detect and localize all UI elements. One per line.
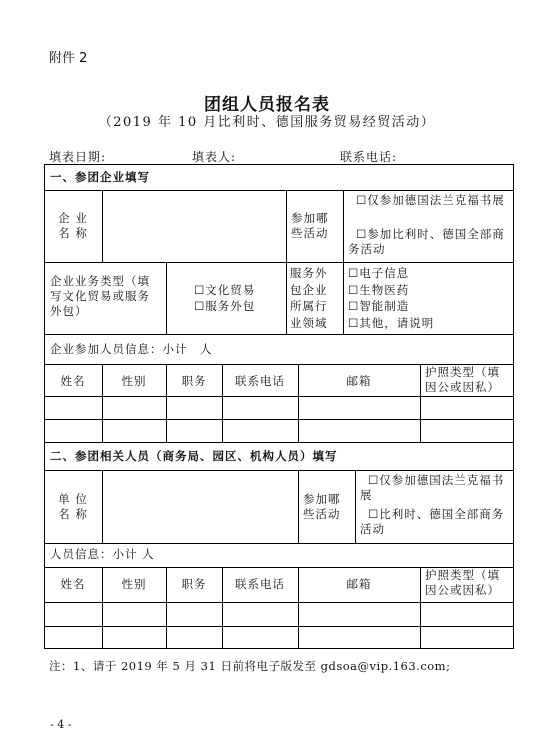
industry-electronics[interactable]: ☐电子信息 <box>348 265 409 282</box>
company-name-input[interactable] <box>104 192 284 260</box>
activity-label-2: 参加哪 些活动 <box>303 492 341 522</box>
col-divider <box>102 190 103 262</box>
business-type-culture[interactable]: ☐文化贸易 <box>194 283 255 298</box>
col-header-phone-2: 联系电话 <box>222 577 298 592</box>
page-number: - 4 - <box>50 718 71 731</box>
col-divider <box>166 262 167 334</box>
industry-other[interactable]: ☐其他，请说明 <box>348 315 434 332</box>
unit-name-label: 单 位 名 称 <box>44 492 102 522</box>
table-row[interactable] <box>46 604 512 624</box>
col-header-passport: 护照类型（填因公或因私） <box>425 365 511 395</box>
activity-option-frankfurt[interactable]: ☐仅参加德国法兰克福书展 <box>348 193 510 208</box>
industry-label: 服务外 包企业 所属行 业领域 <box>290 265 328 331</box>
col-header-phone: 联系电话 <box>222 374 298 389</box>
table-row[interactable] <box>46 398 512 418</box>
section1-subtotal: 企业参加人员信息：小计 人 <box>50 342 213 357</box>
col-header-gender: 性别 <box>102 374 166 389</box>
col-divider <box>102 470 103 543</box>
table-border <box>513 164 514 648</box>
col-header-email: 邮箱 <box>298 374 420 389</box>
col-header-position-2: 职务 <box>166 577 222 592</box>
industry-manufacturing[interactable]: ☐智能制造 <box>348 298 409 315</box>
filler-label: 填表人: <box>192 148 236 165</box>
section2-header: 二、参团相关人员（商务局、园区、机构人员）填写 <box>50 449 338 464</box>
row-divider <box>44 626 514 627</box>
col-header-name: 姓名 <box>44 374 102 389</box>
table-row[interactable] <box>46 628 512 647</box>
activity-option-all[interactable]: ☐参加比利时、德国全部商务活动 <box>348 227 510 257</box>
row-divider <box>44 543 514 544</box>
form-subtitle: （2019 年 10 月比利时、德国服务贸易经贸活动） <box>0 111 534 130</box>
business-type-outsourcing[interactable]: ☐服务外包 <box>194 299 255 314</box>
company-name-label: 企 业 名 称 <box>44 211 102 241</box>
row-divider <box>44 419 514 420</box>
row-divider <box>44 334 514 335</box>
contact-phone-label: 联系电话: <box>340 148 397 165</box>
col-header-passport-2: 护照类型（填因公或因私） <box>425 568 511 598</box>
section1-header: 一、参团企业填写 <box>50 170 150 185</box>
attachment-label: 附件 2 <box>49 47 87 66</box>
fill-date-label: 填表日期: <box>49 148 106 165</box>
footnote: 注：1、请于 2019 年 5 月 31 日前将电子版发至 gdsoa@vip.… <box>49 658 450 674</box>
col-header-position: 职务 <box>166 374 222 389</box>
activity-label: 参加哪 些活动 <box>291 211 329 241</box>
table-row[interactable] <box>46 421 512 441</box>
section2-subtotal: 人员信息：小计 人 <box>50 547 155 562</box>
row-divider <box>44 262 514 263</box>
unit-name-input[interactable] <box>104 472 296 541</box>
business-type-label: 企业业务类型（填写文化贸易或服务外包） <box>50 274 162 319</box>
col-header-email-2: 邮箱 <box>298 577 420 592</box>
activity-option-all-2[interactable]: ☐比利时、德国全部商务活动 <box>360 507 510 537</box>
row-divider <box>44 190 514 191</box>
row-divider <box>44 396 514 397</box>
row-divider <box>44 602 514 603</box>
col-header-name-2: 姓名 <box>44 577 102 592</box>
col-header-gender-2: 性别 <box>102 577 166 592</box>
row-divider <box>44 442 514 443</box>
table-border <box>44 648 514 649</box>
col-divider <box>298 470 299 543</box>
industry-biomedicine[interactable]: ☐生物医药 <box>348 282 409 299</box>
activity-option-frankfurt-2[interactable]: ☐仅参加德国法兰克福书展 <box>360 473 510 503</box>
table-border <box>44 164 514 165</box>
row-divider <box>44 470 514 471</box>
col-divider <box>355 470 356 543</box>
